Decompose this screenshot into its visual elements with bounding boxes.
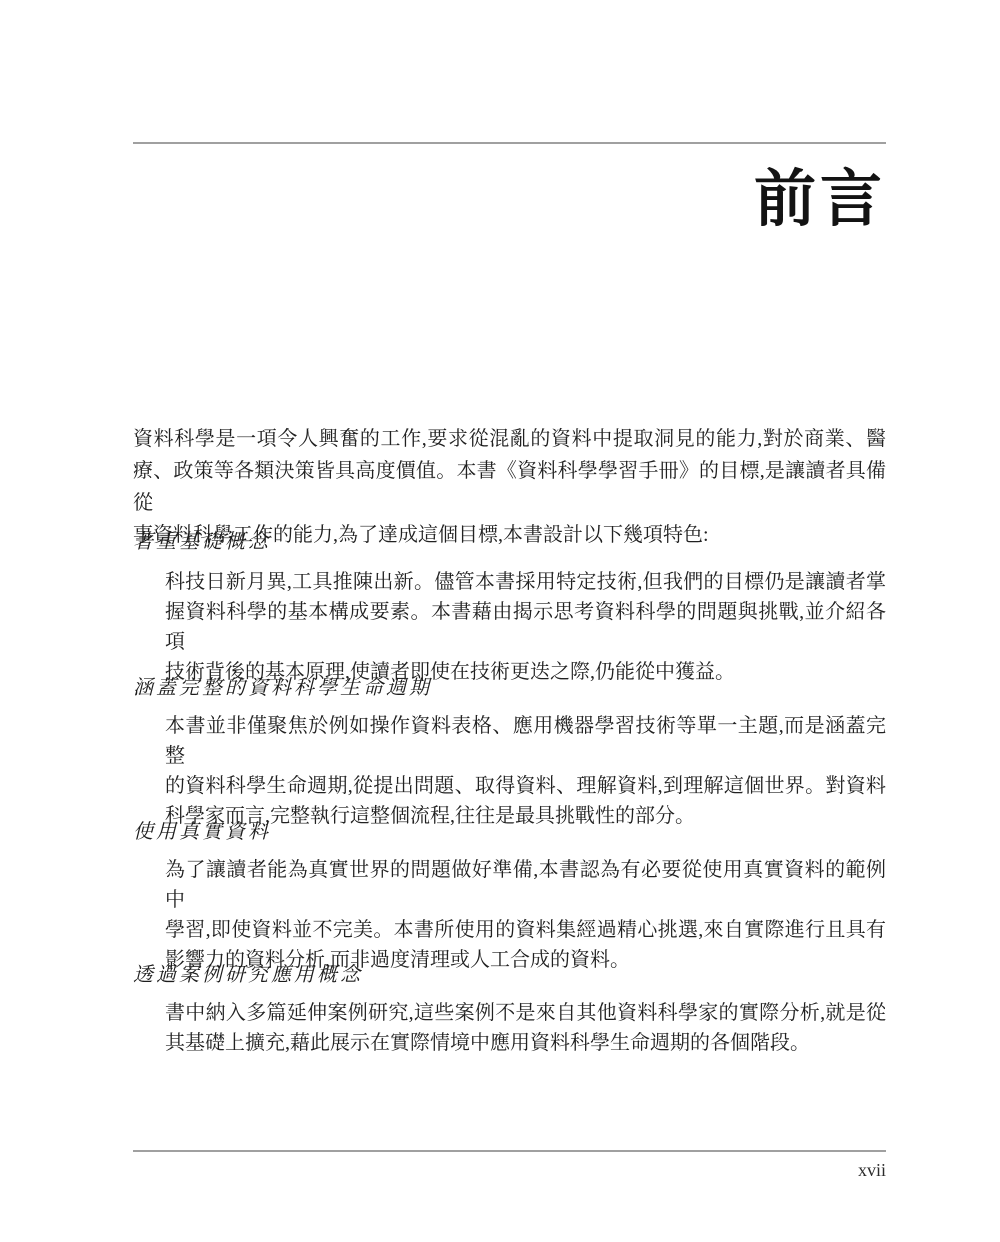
section-heading-fundamentals: 著重基礎概念 <box>133 529 271 553</box>
top-divider <box>133 142 886 144</box>
section-paragraph-fundamentals: 科技日新月異,工具推陳出新。儘管本書採用特定技術,但我們的目標仍是讓讀者掌 握資… <box>165 567 886 687</box>
paragraph-line: 科學家而言,完整執行這整個流程,往往是最具挑戰性的部分。 <box>165 801 886 831</box>
section-paragraph-real-data: 為了讓讀者能為真實世界的問題做好準備,本書認為有必要從使用真實資料的範例中 學習… <box>165 855 886 975</box>
paragraph-line: 科技日新月異,工具推陳出新。儘管本書採用特定技術,但我們的目標仍是讓讀者掌 <box>165 567 886 597</box>
intro-line: 療、政策等各類決策皆具高度價值。本書《資料科學學習手冊》的目標,是讓讀者具備從 <box>133 455 886 519</box>
chapter-title: 前言 <box>133 169 886 231</box>
page-number: xvii <box>133 1160 886 1181</box>
section-heading-real-data: 使用真實資料 <box>133 819 271 843</box>
intro-line: 資料科學是一項令人興奮的工作,要求從混亂的資料中提取洞見的能力,對於商業、醫 <box>133 423 886 455</box>
preface-page: 前言 資料科學是一項令人興奮的工作,要求從混亂的資料中提取洞見的能力,對於商業、… <box>0 0 1000 1242</box>
section-heading-case-studies: 透過案例研究應用概念 <box>133 962 363 986</box>
bottom-divider <box>133 1150 886 1152</box>
paragraph-line: 其基礎上擴充,藉此展示在實際情境中應用資料科學生命週期的各個階段。 <box>165 1028 886 1058</box>
paragraph-line: 為了讓讀者能為真實世界的問題做好準備,本書認為有必要從使用真實資料的範例中 <box>165 855 886 915</box>
paragraph-line: 的資料科學生命週期,從提出問題、取得資料、理解資料,到理解這個世界。對資料 <box>165 771 886 801</box>
section-paragraph-lifecycle: 本書並非僅聚焦於例如操作資料表格、應用機器學習技術等單一主題,而是涵蓋完整 的資… <box>165 711 886 831</box>
paragraph-line: 握資料科學的基本構成要素。本書藉由揭示思考資料科學的問題與挑戰,並介紹各項 <box>165 597 886 657</box>
paragraph-line: 本書並非僅聚焦於例如操作資料表格、應用機器學習技術等單一主題,而是涵蓋完整 <box>165 711 886 771</box>
paragraph-line: 學習,即使資料並不完美。本書所使用的資料集經過精心挑選,來自實際進行且具有 <box>165 915 886 945</box>
section-heading-lifecycle: 涵蓋完整的資料科學生命週期 <box>133 675 432 699</box>
paragraph-line: 書中納入多篇延伸案例研究,這些案例不是來自其他資料科學家的實際分析,就是從 <box>165 998 886 1028</box>
section-paragraph-case-studies: 書中納入多篇延伸案例研究,這些案例不是來自其他資料科學家的實際分析,就是從 其基… <box>165 998 886 1058</box>
